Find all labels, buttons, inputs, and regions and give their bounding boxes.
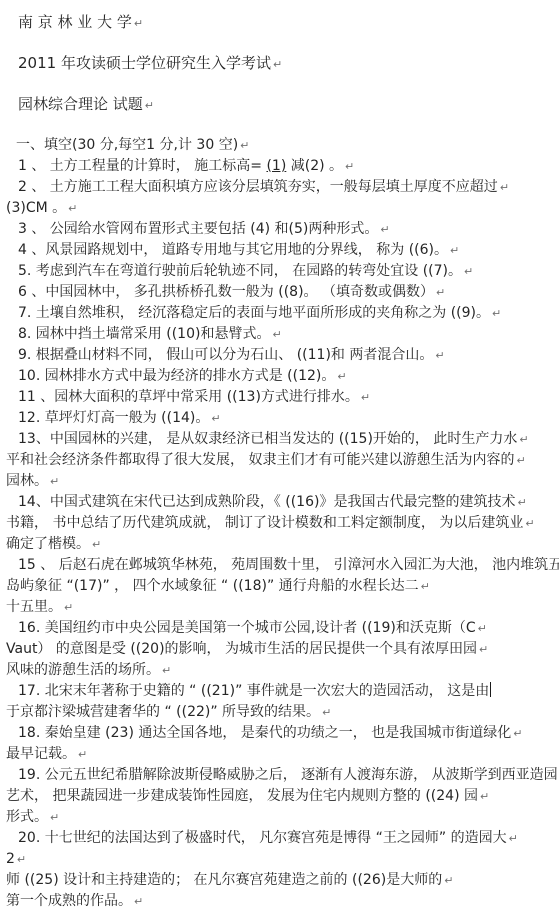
text-line: 平和社会经济条件都取得了很大发展， 奴隶主们才有可能兴建以游憩生活为内容的↵ (0, 450, 553, 471)
text-run: 16. 美国纽约市中央公园是美国第一个城市公园,设计者 ((19)和沃克斯（C (18, 620, 476, 636)
text-line: 最早记载。↵ (0, 744, 553, 765)
text-line: 4 、风景园路规划中， 道路专用地与其它用地的分界线， 称为 ((6)。↵ (0, 240, 553, 261)
text-line: Vaut） 的意图是受 ((20)的影响， 为城市生活的居民提供一个具有浓厚田园… (0, 639, 553, 660)
paragraph-return-mark-icon: ↵ (337, 370, 346, 383)
text-line: 8. 园林中挡土墙常采用 ((10)和悬臂式。↵ (0, 324, 553, 345)
text-line: 风味的游憩生活的场所。↵ (0, 660, 553, 681)
paragraph-return-mark-icon: ↵ (145, 99, 154, 112)
text-line: 13、中国园林的兴建， 是从奴隶经济已相当发达的 ((15)开始的， 此时生产力… (0, 429, 553, 450)
text-line: 2011 年攻读硕士学位研究生入学考试↵ (0, 53, 553, 75)
text-run: (3)CM 。 (6, 200, 66, 216)
text-run: 2 (6, 851, 15, 867)
text-run: 10. 园林排水方式中最为经济的排水方式是 ((12)。 (18, 368, 335, 384)
paragraph-return-mark-icon: ↵ (50, 475, 59, 488)
exam-paper: 南 京 林 业 大 学↵2011 年攻读硕士学位研究生入学考试↵园林综合理论 试… (0, 0, 559, 912)
paragraph-return-mark-icon: ↵ (525, 517, 534, 530)
text-line: 6 、中国园林中， 多孔拱桥桥孔数一般为 ((8)。 （填奇数或偶数）↵ (0, 282, 553, 303)
text-line: 15 、 后赵石虎在邺城筑华林苑， 苑周围数十里， 引漳河水入园汇为大池， 池内… (0, 555, 553, 576)
text-cursor (490, 682, 491, 697)
text-line: 十五里。↵ (0, 597, 553, 618)
text-run: 6 、中国园林中， 多孔拱桥桥孔数一般为 ((8)。 （填奇数或偶数） (18, 284, 434, 300)
text-run: 减(2) 。 (286, 158, 343, 174)
paragraph-return-mark-icon: ↵ (380, 223, 389, 236)
text-run: 一、填空(30 分,每空1 分,计 30 空) (16, 137, 238, 153)
text-run: 8. 园林中挡土墙常采用 ((10)和悬臂式。 (18, 326, 270, 342)
text-run: 岛屿象征 “(17)” ， 四个水域象征 “ ((18)” 通行舟船的水程长达二 (6, 578, 419, 594)
text-line: 1 、 土方工程量的计算时， 施工标高= (1) 减(2) 。↵ (0, 156, 553, 177)
text-run: 南 京 林 业 大 学 (18, 13, 132, 31)
text-line: 11 、园林大面积的草坪中常采用 ((13)方式进行排水。↵ (0, 387, 553, 408)
text-line: 12. 草坪灯灯高一般为 ((14)。↵ (0, 408, 553, 429)
text-line: 园林。↵ (0, 471, 553, 492)
text-run: 3 、 公园给水管网布置形式主要包括 (4) 和(5)两种形式。 (18, 221, 378, 237)
paragraph-return-mark-icon: ↵ (92, 538, 101, 551)
text-run: 确定了楷模。 (6, 536, 90, 552)
paragraph-return-mark-icon: ↵ (134, 895, 143, 908)
paragraph-return-mark-icon: ↵ (162, 664, 171, 677)
paragraph-return-mark-icon: ↵ (272, 328, 281, 341)
paragraph-return-mark-icon: ↵ (480, 790, 489, 803)
paragraph-return-mark-icon: ↵ (492, 307, 501, 320)
paragraph-return-mark-icon: ↵ (50, 811, 59, 824)
paragraph-return-mark-icon: ↵ (517, 496, 526, 509)
paragraph-return-mark-icon: ↵ (479, 643, 488, 656)
paragraph-return-mark-icon: ↵ (78, 748, 87, 761)
paragraph-return-mark-icon: ↵ (64, 601, 73, 614)
paragraph-return-mark-icon: ↵ (519, 433, 528, 446)
text-run: 12. 草坪灯灯高一般为 ((14)。 (18, 410, 209, 426)
text-run: 1 、 土方工程量的计算时， 施工标高= (18, 158, 266, 174)
text-line: 2↵ (0, 849, 553, 870)
text-line: 师 ((25) 设计和主持建造的； 在凡尔赛宫苑建造之前的 ((26)是大师的↵ (0, 870, 553, 891)
text-line: 南 京 林 业 大 学↵ (0, 12, 553, 34)
text-line: 2 、 土方施工工程大面积填方应该分层填筑夯实，一般每层填土厚度不应超过↵ (0, 177, 553, 198)
text-line: 岛屿象征 “(17)” ， 四个水域象征 “ ((18)” 通行舟船的水程长达二… (0, 576, 553, 597)
text-line: 书籍， 书中总结了历代建筑成就， 制订了设计模数和工料定额制度， 为以后建筑业↵ (0, 513, 553, 534)
text-line: 园林综合理论 试题↵ (0, 94, 553, 116)
paragraph-return-mark-icon: ↵ (273, 58, 282, 71)
text-line: 第一个成熟的作品。↵ (0, 891, 553, 912)
text-run: 平和社会经济条件都取得了很大发展， 奴隶主们才有可能兴建以游憩生活为内容的 (6, 452, 514, 468)
text-run: Vaut） 的意图是受 ((20)的影响， 为城市生活的居民提供一个具有浓厚田园 (6, 641, 477, 657)
text-line: 9. 根据叠山材料不同， 假山可以分为石山、 ((11)和 两者混合山。↵ (0, 345, 553, 366)
text-line: 14、中国式建筑在宋代已达到成熟阶段，《 ((16)》是我国古代最完整的建筑技术… (0, 492, 553, 513)
text-run: 5. 考虑到汽车在弯道行驶前后轮轨迹不同， 在园路的转弯处宜设 ((7)。 (18, 263, 462, 279)
text-run: 园林综合理论 试题 (18, 95, 143, 113)
text-run: 第一个成熟的作品。 (6, 893, 132, 909)
paragraph-return-mark-icon: ↵ (435, 349, 444, 362)
text-run: 9. 根据叠山材料不同， 假山可以分为石山、 ((11)和 两者混合山。 (18, 347, 433, 363)
paragraph-return-mark-icon: ↵ (345, 160, 354, 173)
text-line: 18. 秦始皇建 (23) 通达全国各地， 是秦代的功绩之一， 也是我国城市街道… (0, 723, 553, 744)
paragraph-return-mark-icon: ↵ (516, 454, 525, 467)
paragraph-return-mark-icon: ↵ (361, 391, 370, 404)
text-run: 于京都汴梁城营建奢华的 “ ((22)” 所导致的结果。 (6, 704, 320, 720)
text-run: 园林。 (6, 473, 48, 489)
text-run: 14、中国式建筑在宋代已达到成熟阶段，《 ((16)》是我国古代最完整的建筑技术 (18, 494, 515, 510)
text-line: 19. 公元五世纪希腊解除波斯侵略威胁之后， 逐渐有人渡海东游， 从波斯学到西亚… (0, 765, 553, 786)
text-run: 风味的游憩生活的场所。 (6, 662, 160, 678)
paragraph-return-mark-icon: ↵ (436, 286, 445, 299)
text-line: 于京都汴梁城营建奢华的 “ ((22)” 所导致的结果。↵ (0, 702, 553, 723)
paragraph-return-mark-icon: ↵ (478, 622, 487, 635)
paragraph-return-mark-icon: ↵ (450, 244, 459, 257)
text-run: 十五里。 (6, 599, 62, 615)
paragraph-return-mark-icon: ↵ (421, 580, 430, 593)
paragraph-return-mark-icon: ↵ (322, 706, 331, 719)
paragraph-return-mark-icon: ↵ (500, 181, 509, 194)
text-line: 5. 考虑到汽车在弯道行驶前后轮轨迹不同， 在园路的转弯处宜设 ((7)。↵ (0, 261, 553, 282)
paragraph-return-mark-icon: ↵ (509, 832, 518, 845)
text-line: 一、填空(30 分,每空1 分,计 30 空)↵ (0, 135, 553, 156)
text-line: 20. 十七世纪的法国达到了极盛时代， 凡尔赛宫苑是博得 “王之园师” 的造园大… (0, 828, 553, 849)
text-run: 11 、园林大面积的草坪中常采用 ((13)方式进行排水。 (18, 389, 359, 405)
text-line: 3 、 公园给水管网布置形式主要包括 (4) 和(5)两种形式。↵ (0, 219, 553, 240)
text-line: 艺术， 把果蔬园进一步建成装饰性园庭， 发展为住宅内规则方整的 ((24) 园↵ (0, 786, 553, 807)
document-body: 南 京 林 业 大 学↵2011 年攻读硕士学位研究生入学考试↵园林综合理论 试… (0, 12, 553, 912)
text-run: 2 、 土方施工工程大面积填方应该分层填筑夯实，一般每层填土厚度不应超过 (18, 179, 498, 195)
text-run: 7. 土壤自然堆积， 经沉落稳定后的表面与地平面所形成的夹角称之为 ((9)。 (18, 305, 490, 321)
text-line: 形式。↵ (0, 807, 553, 828)
text-run: 18. 秦始皇建 (23) 通达全国各地， 是秦代的功绩之一， 也是我国城市街道… (18, 725, 511, 741)
paragraph-return-mark-icon: ↵ (240, 139, 249, 152)
paragraph-return-mark-icon: ↵ (513, 727, 522, 740)
text-run: 13、中国园林的兴建， 是从奴隶经济已相当发达的 ((15)开始的， 此时生产力… (18, 431, 517, 447)
paragraph-return-mark-icon: ↵ (68, 202, 77, 215)
text-run: 最早记载。 (6, 746, 76, 762)
paragraph-return-mark-icon: ↵ (211, 412, 220, 425)
text-run: 19. 公元五世纪希腊解除波斯侵略威胁之后， 逐渐有人渡海东游， 从波斯学到西亚… (18, 767, 558, 783)
blank-underline: (1) (266, 158, 286, 174)
text-run: 师 ((25) 设计和主持建造的； 在凡尔赛宫苑建造之前的 ((26)是大师的 (6, 872, 442, 888)
text-run: 4 、风景园路规划中， 道路专用地与其它用地的分界线， 称为 ((6)。 (18, 242, 448, 258)
text-line: (3)CM 。↵ (0, 198, 553, 219)
paragraph-return-mark-icon: ↵ (464, 265, 473, 278)
text-run: 2011 年攻读硕士学位研究生入学考试 (18, 54, 271, 72)
paragraph-return-mark-icon: ↵ (134, 17, 143, 30)
text-run: 20. 十七世纪的法国达到了极盛时代， 凡尔赛宫苑是博得 “王之园师” 的造园大 (18, 830, 507, 846)
text-run: 艺术， 把果蔬园进一步建成装饰性园庭， 发展为住宅内规则方整的 ((24) 园 (6, 788, 478, 804)
text-run: 17. 北宋末年著称于史籍的 “ ((21)” 事件就是一次宏大的造园活动， 这… (18, 683, 489, 699)
text-line: 确定了楷模。↵ (0, 534, 553, 555)
text-line: 10. 园林排水方式中最为经济的排水方式是 ((12)。↵ (0, 366, 553, 387)
text-line: 7. 土壤自然堆积， 经沉落稳定后的表面与地平面所形成的夹角称之为 ((9)。↵ (0, 303, 553, 324)
text-run: 书籍， 书中总结了历代建筑成就， 制订了设计模数和工料定额制度， 为以后建筑业 (6, 515, 523, 531)
text-run: 15 、 后赵石虎在邺城筑华林苑， 苑周围数十里， 引漳河水入园汇为大池， 池内… (18, 557, 559, 573)
paragraph-return-mark-icon: ↵ (444, 874, 453, 887)
text-run: 形式。 (6, 809, 48, 825)
text-line: 16. 美国纽约市中央公园是美国第一个城市公园,设计者 ((19)和沃克斯（C↵ (0, 618, 553, 639)
text-line: 17. 北宋末年著称于史籍的 “ ((21)” 事件就是一次宏大的造园活动， 这… (0, 681, 553, 702)
paragraph-return-mark-icon: ↵ (17, 853, 26, 866)
